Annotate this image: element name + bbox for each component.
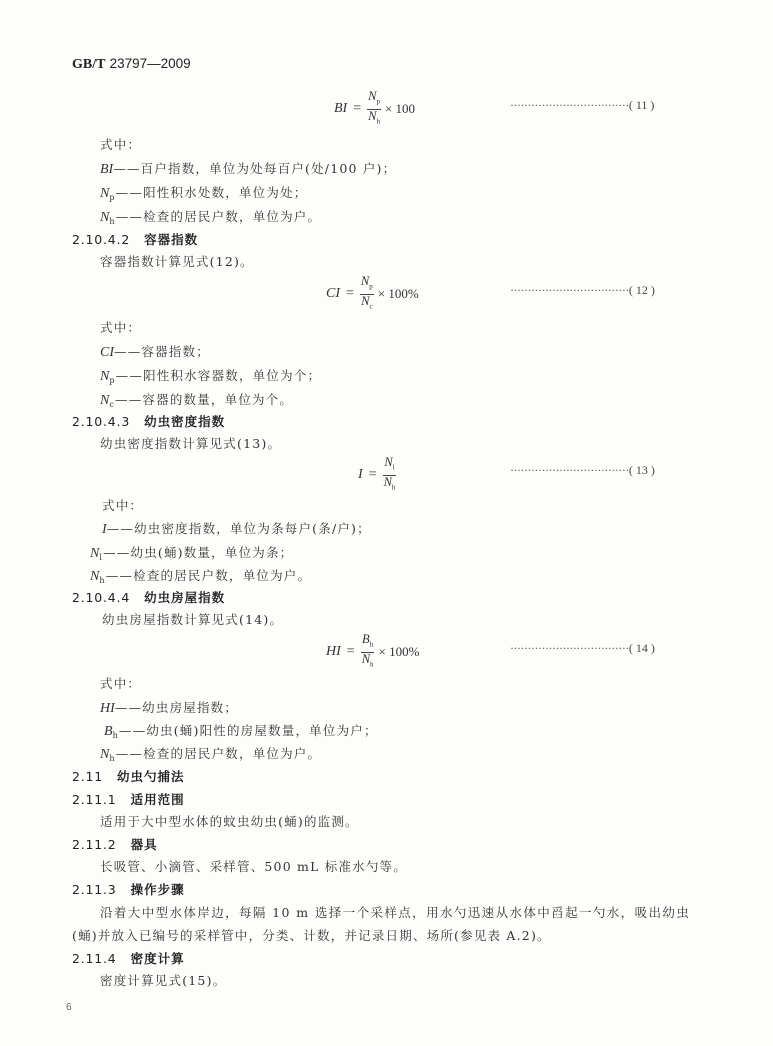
- formula-tail: × 100: [385, 101, 415, 117]
- section-heading-2-10-4-3: 2.10.4.3幼虫密度指数: [72, 412, 225, 430]
- formula-12: CI = Np Nc × 100%: [326, 275, 419, 313]
- section-heading-2-10-4-4: 2.10.4.4幼虫房屋指数: [72, 588, 225, 606]
- definition-item: Bh——幼虫(蛹)阳性的房屋数量，单位为户；: [104, 721, 378, 740]
- page-number: 6: [66, 1002, 72, 1013]
- section-heading-2-11-4: 2.11.4密度计算: [72, 949, 185, 967]
- section-body: 密度计算见式(15)。: [100, 971, 226, 989]
- standard-prefix: GB/T: [72, 57, 105, 72]
- standard-number: 23797—2009: [110, 56, 191, 71]
- where-label: 式中：: [100, 318, 141, 336]
- section-intro: 幼虫密度指数计算见式(13)。: [100, 434, 281, 452]
- definition-item: Nc——容器的数量，单位为个。: [100, 390, 293, 409]
- section-heading-2-11-3: 2.11.3操作步骤: [72, 880, 185, 898]
- equals-sign: =: [353, 101, 361, 117]
- where-label: 式中：: [100, 674, 141, 692]
- fraction: Np Nh: [367, 90, 381, 128]
- definition-item: I——幼虫密度指数，单位为条每户(条/户)；: [102, 519, 371, 538]
- definition-item: HI——幼虫房屋指数；: [100, 698, 238, 717]
- definition-item: Nh——检查的居民户数，单位为户。: [100, 744, 321, 763]
- standard-id: GB/T 23797—2009: [72, 56, 191, 73]
- section-body: 长吸管、小滴管、采样管、500 mL 标准水勺等。: [100, 857, 407, 875]
- section-heading-2-11-2: 2.11.2器具: [72, 835, 158, 853]
- section-body: 适用于大中型水体的蚊虫幼虫(蛹)的监测。: [100, 812, 359, 830]
- section-heading-2-11-1: 2.11.1适用范围: [72, 790, 185, 808]
- section-body-line: (蛹)并放入已编号的采样管中，分类、计数，并记录日期、场所(参见表 A.2)。: [72, 926, 551, 944]
- section-heading-2-11: 2.11幼虫勺捕法: [72, 767, 185, 785]
- formula-13: I = Nl Nh: [358, 456, 400, 494]
- section-intro: 幼虫房屋指数计算见式(14)。: [102, 610, 283, 628]
- definition-item: Nl——幼虫(蛹)数量，单位为条；: [90, 543, 293, 562]
- definition-item: Nh——检查的居民户数，单位为户。: [100, 207, 321, 226]
- definition-item: Np——阳性积水处数，单位为处；: [100, 183, 307, 202]
- section-intro: 容器指数计算见式(12)。: [100, 252, 254, 270]
- formula-11: BI = Np Nh × 100: [334, 90, 415, 128]
- section-body-line: 沿着大中型水体岸边，每隔 10 m 选择一个采样点，用水勺迅速从水体中舀起一勺水…: [100, 903, 690, 921]
- definition-item: Nh——检查的居民户数，单位为户。: [90, 566, 311, 585]
- equation-number-11: ··································( 11 ): [510, 98, 654, 113]
- formula-14: HI = Bh Nh × 100%: [326, 633, 419, 671]
- equation-number-13: ··································( 13 ): [510, 463, 655, 478]
- definition-item: CI——容器指数；: [100, 342, 210, 361]
- equation-number-12: ··································( 12 ): [510, 283, 655, 298]
- where-label: 式中：: [102, 496, 143, 514]
- section-heading-2-10-4-2: 2.10.4.2容器指数: [72, 230, 198, 248]
- definition-item: Np——阳性积水容器数，单位为个；: [100, 366, 321, 385]
- equation-number-14: ··································( 14 ): [510, 641, 655, 656]
- definition-item: BI——百户指数，单位为处每百户(处/100 户)；: [100, 159, 396, 178]
- where-label: 式中：: [100, 135, 141, 153]
- formula-lhs: BI: [334, 101, 347, 117]
